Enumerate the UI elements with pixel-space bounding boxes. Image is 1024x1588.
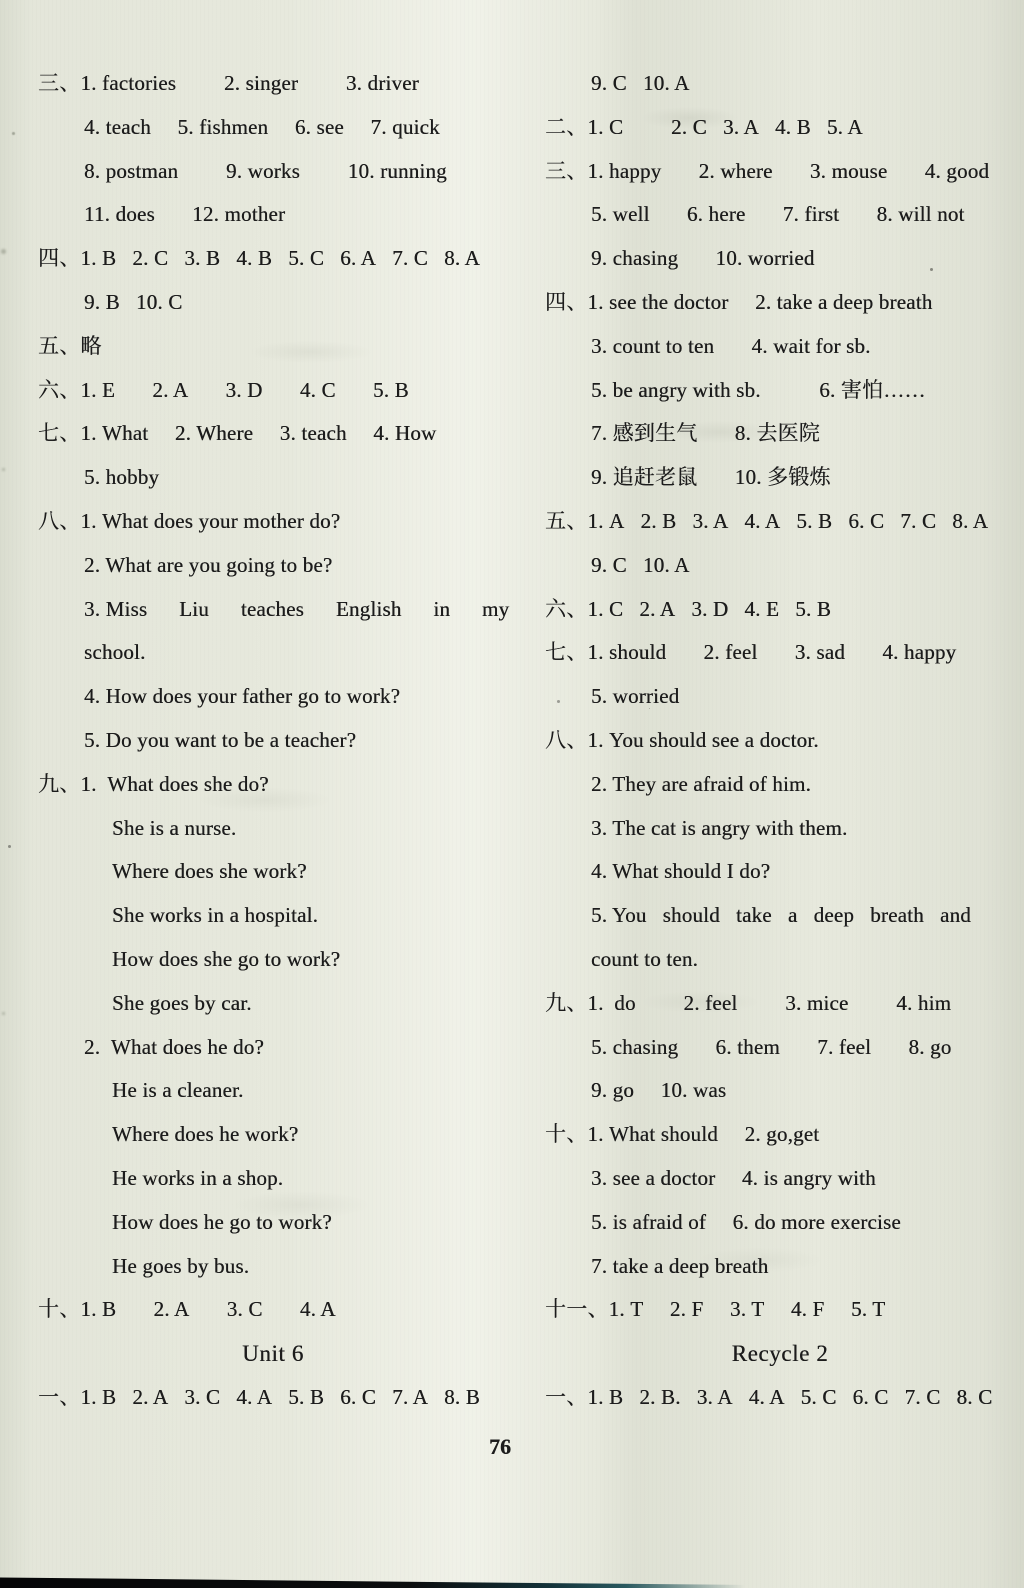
answer-line: 三、1. factories 2. singer 3. driver — [38, 62, 508, 106]
answer-line: count to ten. — [545, 938, 1015, 982]
answer-line: He is a cleaner. — [38, 1069, 508, 1113]
answer-line: 十、1. B 2. A 3. C 4. A — [38, 1288, 508, 1332]
answer-line: 9. 追赶老鼠 10. 多锻炼 — [545, 456, 1015, 500]
answer-line: 4. teach 5. fishmen 6. see 7. quick — [38, 106, 508, 150]
answer-line: Recycle 2 — [545, 1332, 1015, 1376]
answer-line: 4. What should I do? — [545, 850, 1015, 894]
answer-line: 5. chasing 6. them 7. feel 8. go — [545, 1026, 1015, 1070]
answer-line: 5. be angry with sb. 6. 害怕…… — [545, 369, 1015, 413]
answer-line: Unit 6 — [38, 1332, 508, 1376]
page-number: 76 — [0, 1434, 1000, 1460]
answer-line: 三、1. happy 2. where 3. mouse 4. good — [545, 150, 1015, 194]
answer-columns: 三、1. factories 2. singer 3. driver4. tea… — [0, 0, 1024, 1420]
answer-line: 5. hobby — [38, 456, 508, 500]
answer-line: How does he go to work? — [38, 1201, 508, 1245]
answer-line: She goes by car. — [38, 982, 508, 1026]
answer-line: 5. worried — [545, 675, 1015, 719]
answer-line: 四、1. B 2. C 3. B 4. B 5. C 6. A 7. C 8. … — [38, 237, 508, 281]
answer-line: 11. does 12. mother — [38, 193, 508, 237]
answer-line: 4. How does your father go to work? — [38, 675, 508, 719]
answer-line: 一、1. B 2. A 3. C 4. A 5. B 6. C 7. A 8. … — [38, 1376, 508, 1420]
answer-line: 9. chasing 10. worried — [545, 237, 1015, 281]
answer-line: school. — [38, 631, 508, 675]
answer-line: 十、1. What should 2. go,get — [545, 1113, 1015, 1157]
answer-line: 5. You should take a deep breath and — [545, 894, 1015, 938]
answer-line: Where does she work? — [38, 850, 508, 894]
answer-line: He works in a shop. — [38, 1157, 508, 1201]
answer-line: 六、1. E 2. A 3. D 4. C 5. B — [38, 369, 508, 413]
answer-line: 3. count to ten 4. wait for sb. — [545, 325, 1015, 369]
answer-line: 五、略 — [38, 325, 508, 369]
answer-line: 3. The cat is angry with them. — [545, 807, 1015, 851]
answer-line: 5. well 6. here 7. first 8. will not — [545, 193, 1015, 237]
answer-line: 7. take a deep breath — [545, 1245, 1015, 1289]
answer-line: 五、1. A 2. B 3. A 4. A 5. B 6. C 7. C 8. … — [545, 500, 1015, 544]
answer-line: 9. B 10. C — [38, 281, 508, 325]
answer-line: 二、1. C 2. C 3. A 4. B 5. A — [545, 106, 1015, 150]
answer-line: 一、1. B 2. B. 3. A 4. A 5. C 6. C 7. C 8.… — [545, 1376, 1015, 1420]
answer-line: 九、1. do 2. feel 3. mice 4. him — [545, 982, 1015, 1026]
answer-line: 七、1. What 2. Where 3. teach 4. How — [38, 412, 508, 456]
answer-line: How does she go to work? — [38, 938, 508, 982]
answer-line: 7. 感到生气 8. 去医院 — [545, 412, 1015, 456]
answer-line: 9. C 10. A — [545, 62, 1015, 106]
answer-line: Where does he work? — [38, 1113, 508, 1157]
answer-line: She is a nurse. — [38, 807, 508, 851]
answer-line: 八、1. What does your mother do? — [38, 500, 508, 544]
answers-left-column: 三、1. factories 2. singer 3. driver4. tea… — [38, 62, 508, 1420]
answer-line: 六、1. C 2. A 3. D 4. E 5. B — [545, 588, 1015, 632]
answer-line: 5. Do you want to be a teacher? — [38, 719, 508, 763]
answer-line: 八、1. You should see a doctor. — [545, 719, 1015, 763]
scanned-answer-page: 三、1. factories 2. singer 3. driver4. tea… — [0, 0, 1024, 1588]
answer-line: 2. They are afraid of him. — [545, 763, 1015, 807]
answer-line: He goes by bus. — [38, 1245, 508, 1289]
answer-line: 九、1. What does she do? — [38, 763, 508, 807]
answer-line: 3. Miss Liu teaches English in my — [38, 588, 508, 632]
answer-line: 3. see a doctor 4. is angry with — [545, 1157, 1015, 1201]
answer-line: 七、1. should 2. feel 3. sad 4. happy — [545, 631, 1015, 675]
answer-line: 2. What does he do? — [38, 1026, 508, 1070]
book-edge-scan-artifact — [0, 1576, 745, 1588]
answer-line: 5. is afraid of 6. do more exercise — [545, 1201, 1015, 1245]
answer-line: 2. What are you going to be? — [38, 544, 508, 588]
answer-line: She works in a hospital. — [38, 894, 508, 938]
answer-line: 9. go 10. was — [545, 1069, 1015, 1113]
answer-line: 十一、1. T 2. F 3. T 4. F 5. T — [545, 1288, 1015, 1332]
answer-line: 9. C 10. A — [545, 544, 1015, 588]
answer-line: 四、1. see the doctor 2. take a deep breat… — [545, 281, 1015, 325]
answers-right-column: 9. C 10. A二、1. C 2. C 3. A 4. B 5. A三、1.… — [545, 62, 1015, 1420]
answer-line: 8. postman 9. works 10. running — [38, 150, 508, 194]
